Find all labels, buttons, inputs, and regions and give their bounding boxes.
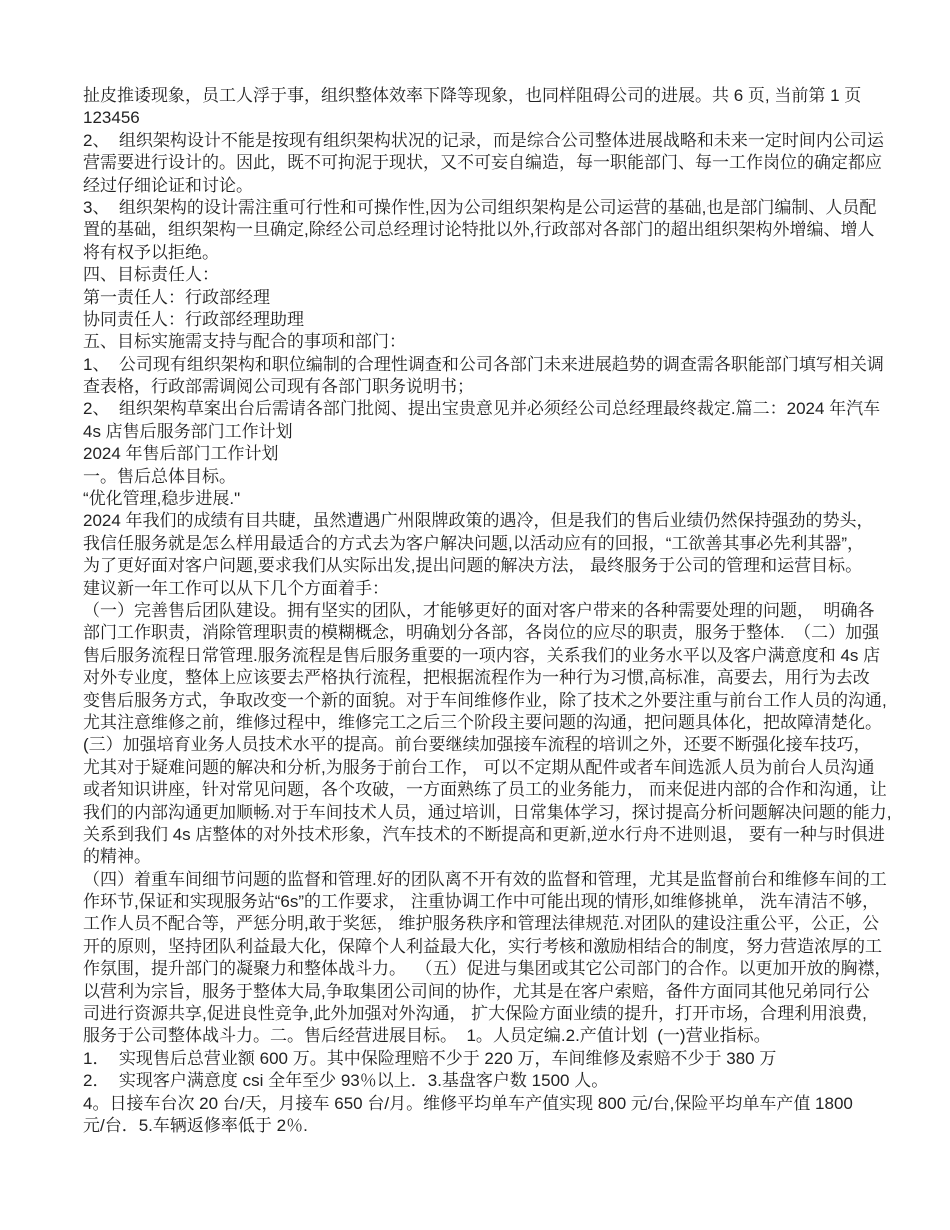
document-page: { "page": { "background_color": "#ffffff… xyxy=(0,0,950,1230)
text-line: 司进行资源共享,促进良性竞争,此外加强对外沟通， 扩大保险方面业绩的提升，打开市… xyxy=(83,1003,928,1025)
text-line: 一。售后总体目标。 xyxy=(83,466,928,488)
text-line: 营需要进行设计的。因此，既不可拘泥于现状，又不可妄自编造，每一职能部门、每一工作… xyxy=(83,152,928,174)
text-line: 部门工作职责，消除管理职责的模糊概念，明确划分各部，各岗位的应尽的职责，服务于整… xyxy=(83,622,928,644)
text-line: (三）加强培育业务人员技术水平的提高。前台要继续加强接车流程的培训之外，还要不断… xyxy=(83,734,928,756)
text-line: 尤其注意维修之前，维修过程中，维修完工之后三个阶段主要问题的沟通，把问题具体化，… xyxy=(83,712,928,734)
text-line: 置的基础，组织架构一旦确定,除经公司总经理讨论特批以外,行政部对各部门的超出组织… xyxy=(83,219,928,241)
text-line: （一）完善售后团队建设。拥有坚实的团队，才能够更好的面对客户带来的各种需要处理的… xyxy=(83,600,928,622)
text-line: 作氛围，提升部门的凝聚力和整体战斗力。 （五）促进与集团或其它公司部门的合作。以… xyxy=(83,958,928,980)
text-line: 2、 组织架构草案出台后需请各部门批阅、提出宝贵意见并必须经公司总经理最终裁定.… xyxy=(83,398,928,420)
text-line: 3、 组织架构的设计需注重可行性和可操作性,因为公司组织架构是公司运营的基础,也… xyxy=(83,197,928,219)
text-line: 4s 店售后服务部门工作计划 xyxy=(83,421,928,443)
text-line: 2． 实现客户满意度 csi 全年至少 93％以上．3.基盘客户数 1500 人… xyxy=(83,1070,928,1092)
document-body: 扯皮推诿现象，员工人浮于事，组织整体效率下降等现象，也同样阻碍公司的进展。共 6… xyxy=(83,85,928,1137)
text-line: 4。日接车台次 20 台/天，月接车 650 台/月。维修平均单车产值实现 80… xyxy=(83,1093,928,1115)
text-line: 1． 实现售后总营业额 600 万。其中保险理赔不少于 220 万，车间维修及索… xyxy=(83,1048,928,1070)
text-line: 服务于公司整体战斗力。二。售后经营进展目标。 1。人员定编.2.产值计划 (一)… xyxy=(83,1025,928,1047)
text-line: 123456 xyxy=(83,107,928,129)
text-line: 对外专业度，整体上应该要去严格执行流程，把根据流程作为一种行为习惯,高标准，高要… xyxy=(83,667,928,689)
text-line: 2024 年售后部门工作计划 xyxy=(83,443,928,465)
text-line: 建议新一年工作可以从下几个方面着手： xyxy=(83,578,928,600)
text-line: 开的原则，坚持团队利益最大化，保障个人利益最大化，实行考核和激励相结合的制度，努… xyxy=(83,936,928,958)
text-line: 的精神。 xyxy=(83,846,928,868)
text-line: 协同责任人：行政部经理助理 xyxy=(83,309,928,331)
text-line: 关系到我们 4s 店整体的对外技术形象，汽车技术的不断提高和更新,逆水行舟不进则… xyxy=(83,824,928,846)
text-line: 以营利为宗旨，服务于整体大局,争取集团公司间的协作，尤其是在客户索赔，备件方面同… xyxy=(83,981,928,1003)
text-line: 售后服务流程日常管理.服务流程是售后服务重要的一项内容，关系我们的业务水平以及客… xyxy=(83,645,928,667)
text-line: 查表格，行政部需调阅公司现有各部门职务说明书； xyxy=(83,376,928,398)
text-line: 1、 公司现有组织架构和职位编制的合理性调查和公司各部门未来进展趋势的调查需各职… xyxy=(83,354,928,376)
text-line: 扯皮推诿现象，员工人浮于事，组织整体效率下降等现象，也同样阻碍公司的进展。共 6… xyxy=(83,85,928,107)
text-line: 五、目标实施需支持与配合的事项和部门： xyxy=(83,331,928,353)
text-line: 2、 组织架构设计不能是按现有组织架构状况的记录，而是综合公司整体进展战略和未来… xyxy=(83,130,928,152)
text-line: 我信任服务就是怎么样用最适合的方式去为客户解决问题,以活动应有的回报，“工欲善其… xyxy=(83,533,928,555)
text-line: 作环节,保证和实现服务站“6s”的工作要求， 注重协调工作中可能出现的情形,如维… xyxy=(83,891,928,913)
text-line: 工作人员不配合等，严惩分明,敢于奖惩， 维护服务秩序和管理法律规范.对团队的建设… xyxy=(83,913,928,935)
text-line: 将有权予以拒绝。 xyxy=(83,242,928,264)
text-line: 元/台．5.车辆返修率低于 2％. xyxy=(83,1115,928,1137)
text-line: 或者知识讲座，针对常见问题，各个攻破，一方面熟练了员工的业务能力， 而来促进内部… xyxy=(83,779,928,801)
text-line: （四）着重车间细节问题的监督和管理.好的团队离不开有效的监督和管理，尤其是监督前… xyxy=(83,869,928,891)
text-line: 四、目标责任人： xyxy=(83,264,928,286)
text-line: 2024 年我们的成绩有目共睫，虽然遭遇广州限牌政策的遇冷，但是我们的售后业绩仍… xyxy=(83,510,928,532)
text-line: 我们的内部沟通更加顺畅.对于车间技术人员，通过培训，日常集体学习，探讨提高分析问… xyxy=(83,802,928,824)
text-line: 经过仔细论证和讨论。 xyxy=(83,175,928,197)
text-line: “优化管理,稳步进展." xyxy=(83,488,928,510)
text-line: 变售后服务方式，争取改变一个新的面貌。对于车间维修作业，除了技术之外要注重与前台… xyxy=(83,690,928,712)
text-line: 尤其对于疑难问题的解决和分析,为服务于前台工作， 可以不定期从配件或者车间选派人… xyxy=(83,757,928,779)
text-line: 为了更好面对客户问题,要求我们从实际出发,提出问题的解决方法， 最终服务于公司的… xyxy=(83,555,928,577)
text-line: 第一责任人：行政部经理 xyxy=(83,287,928,309)
